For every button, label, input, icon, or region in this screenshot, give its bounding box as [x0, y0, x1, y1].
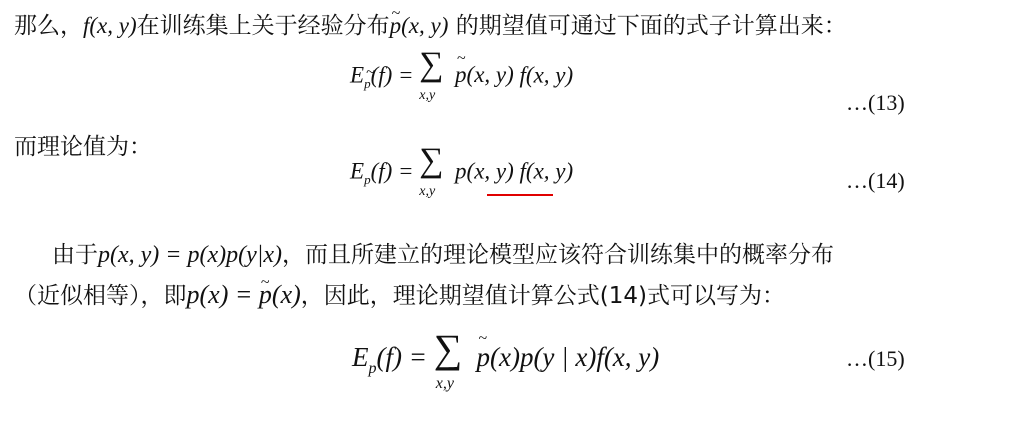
eq14-E: E [350, 158, 364, 183]
eq13-sum-subscript: x,y [419, 88, 435, 104]
eq14-sum-icon: ∑ [419, 142, 443, 180]
derivation-prefix: 由于 [52, 242, 98, 268]
equation-13-label: …(13) [846, 90, 905, 116]
eq14-sum-subscript: x,y [419, 184, 435, 200]
eq15-term2: p(y | x) [520, 342, 596, 372]
eq13-E: E [350, 62, 364, 87]
equation-14-label: …(14) [846, 168, 905, 194]
derivation-suffix: ，而且所建立的理论模型应该符合训练集中的概率分布 [282, 242, 834, 268]
equation-14: Ep(f) = ∑ x,y p(x, y) f(x, y) [350, 158, 573, 188]
intro-middle: 在训练集上关于经验分布 [137, 13, 390, 39]
eq15-lhs-arg: (f) = [377, 342, 427, 372]
eq13-term1: p(x, y) [455, 62, 514, 88]
derivation-line2-suffix: ，因此，理论期望值计算公式(14)式可以写为： [301, 283, 785, 309]
eq15-term1: p(x) [476, 342, 519, 373]
p-tilde-x-expression: p(x) [259, 281, 301, 309]
paragraph-derivation-line2: （近似相等），即p(x) = p(x)，因此，理论期望值计算公式(14)式可以写… [14, 281, 785, 310]
eq15-sum-subscript: x,y [436, 375, 454, 393]
f-expression: f(x, y) [83, 13, 137, 38]
intro-suffix: 的期望值可通过下面的式子计算出来： [448, 13, 846, 39]
eq14-term2: f(x, y) [520, 158, 574, 183]
eq15-E: E [352, 342, 369, 372]
eq13-sum-icon: ∑ [419, 46, 443, 84]
eq14-term1-highlighted: p(x, y) [455, 158, 514, 183]
paragraph-theoretical: 而理论值为： [14, 133, 152, 161]
eq13-E-subscript: p [364, 76, 371, 92]
eq14-lhs-arg: (f) = [371, 158, 414, 183]
eq13-lhs-arg: (f) = [371, 62, 414, 87]
intro-prefix: 那么， [14, 13, 83, 39]
red-underline-annotation [487, 194, 553, 196]
equation-15-label: …(15) [846, 346, 905, 372]
eq15-E-subscript: p [369, 360, 377, 377]
eq15-sum-icon: ∑ [434, 325, 463, 372]
px-expression: p(x) = [187, 280, 259, 309]
derivation-line2-prefix: （近似相等），即 [14, 283, 187, 309]
equation-15: Ep(f) = ∑ x,y p(x)p(y | x)f(x, y) [352, 342, 659, 375]
equation-13: Ep(f) = ∑ x,y p(x, y) f(x, y) [350, 62, 573, 92]
joint-prob-expression: p(x, y) = p(x)p(y|x) [98, 242, 282, 268]
eq14-E-subscript: p [364, 172, 371, 187]
eq15-term3: f(x, y) [596, 342, 659, 372]
paragraph-derivation-line1: 由于p(x, y) = p(x)p(y|x)，而且所建立的理论模型应该符合训练集… [52, 241, 834, 269]
paragraph-intro: 那么，f(x, y)在训练集上关于经验分布p(x, y) 的期望值可通过下面的式… [14, 12, 847, 40]
p-tilde-expression: p(x, y) [390, 12, 449, 40]
eq13-term2: f(x, y) [520, 62, 574, 87]
